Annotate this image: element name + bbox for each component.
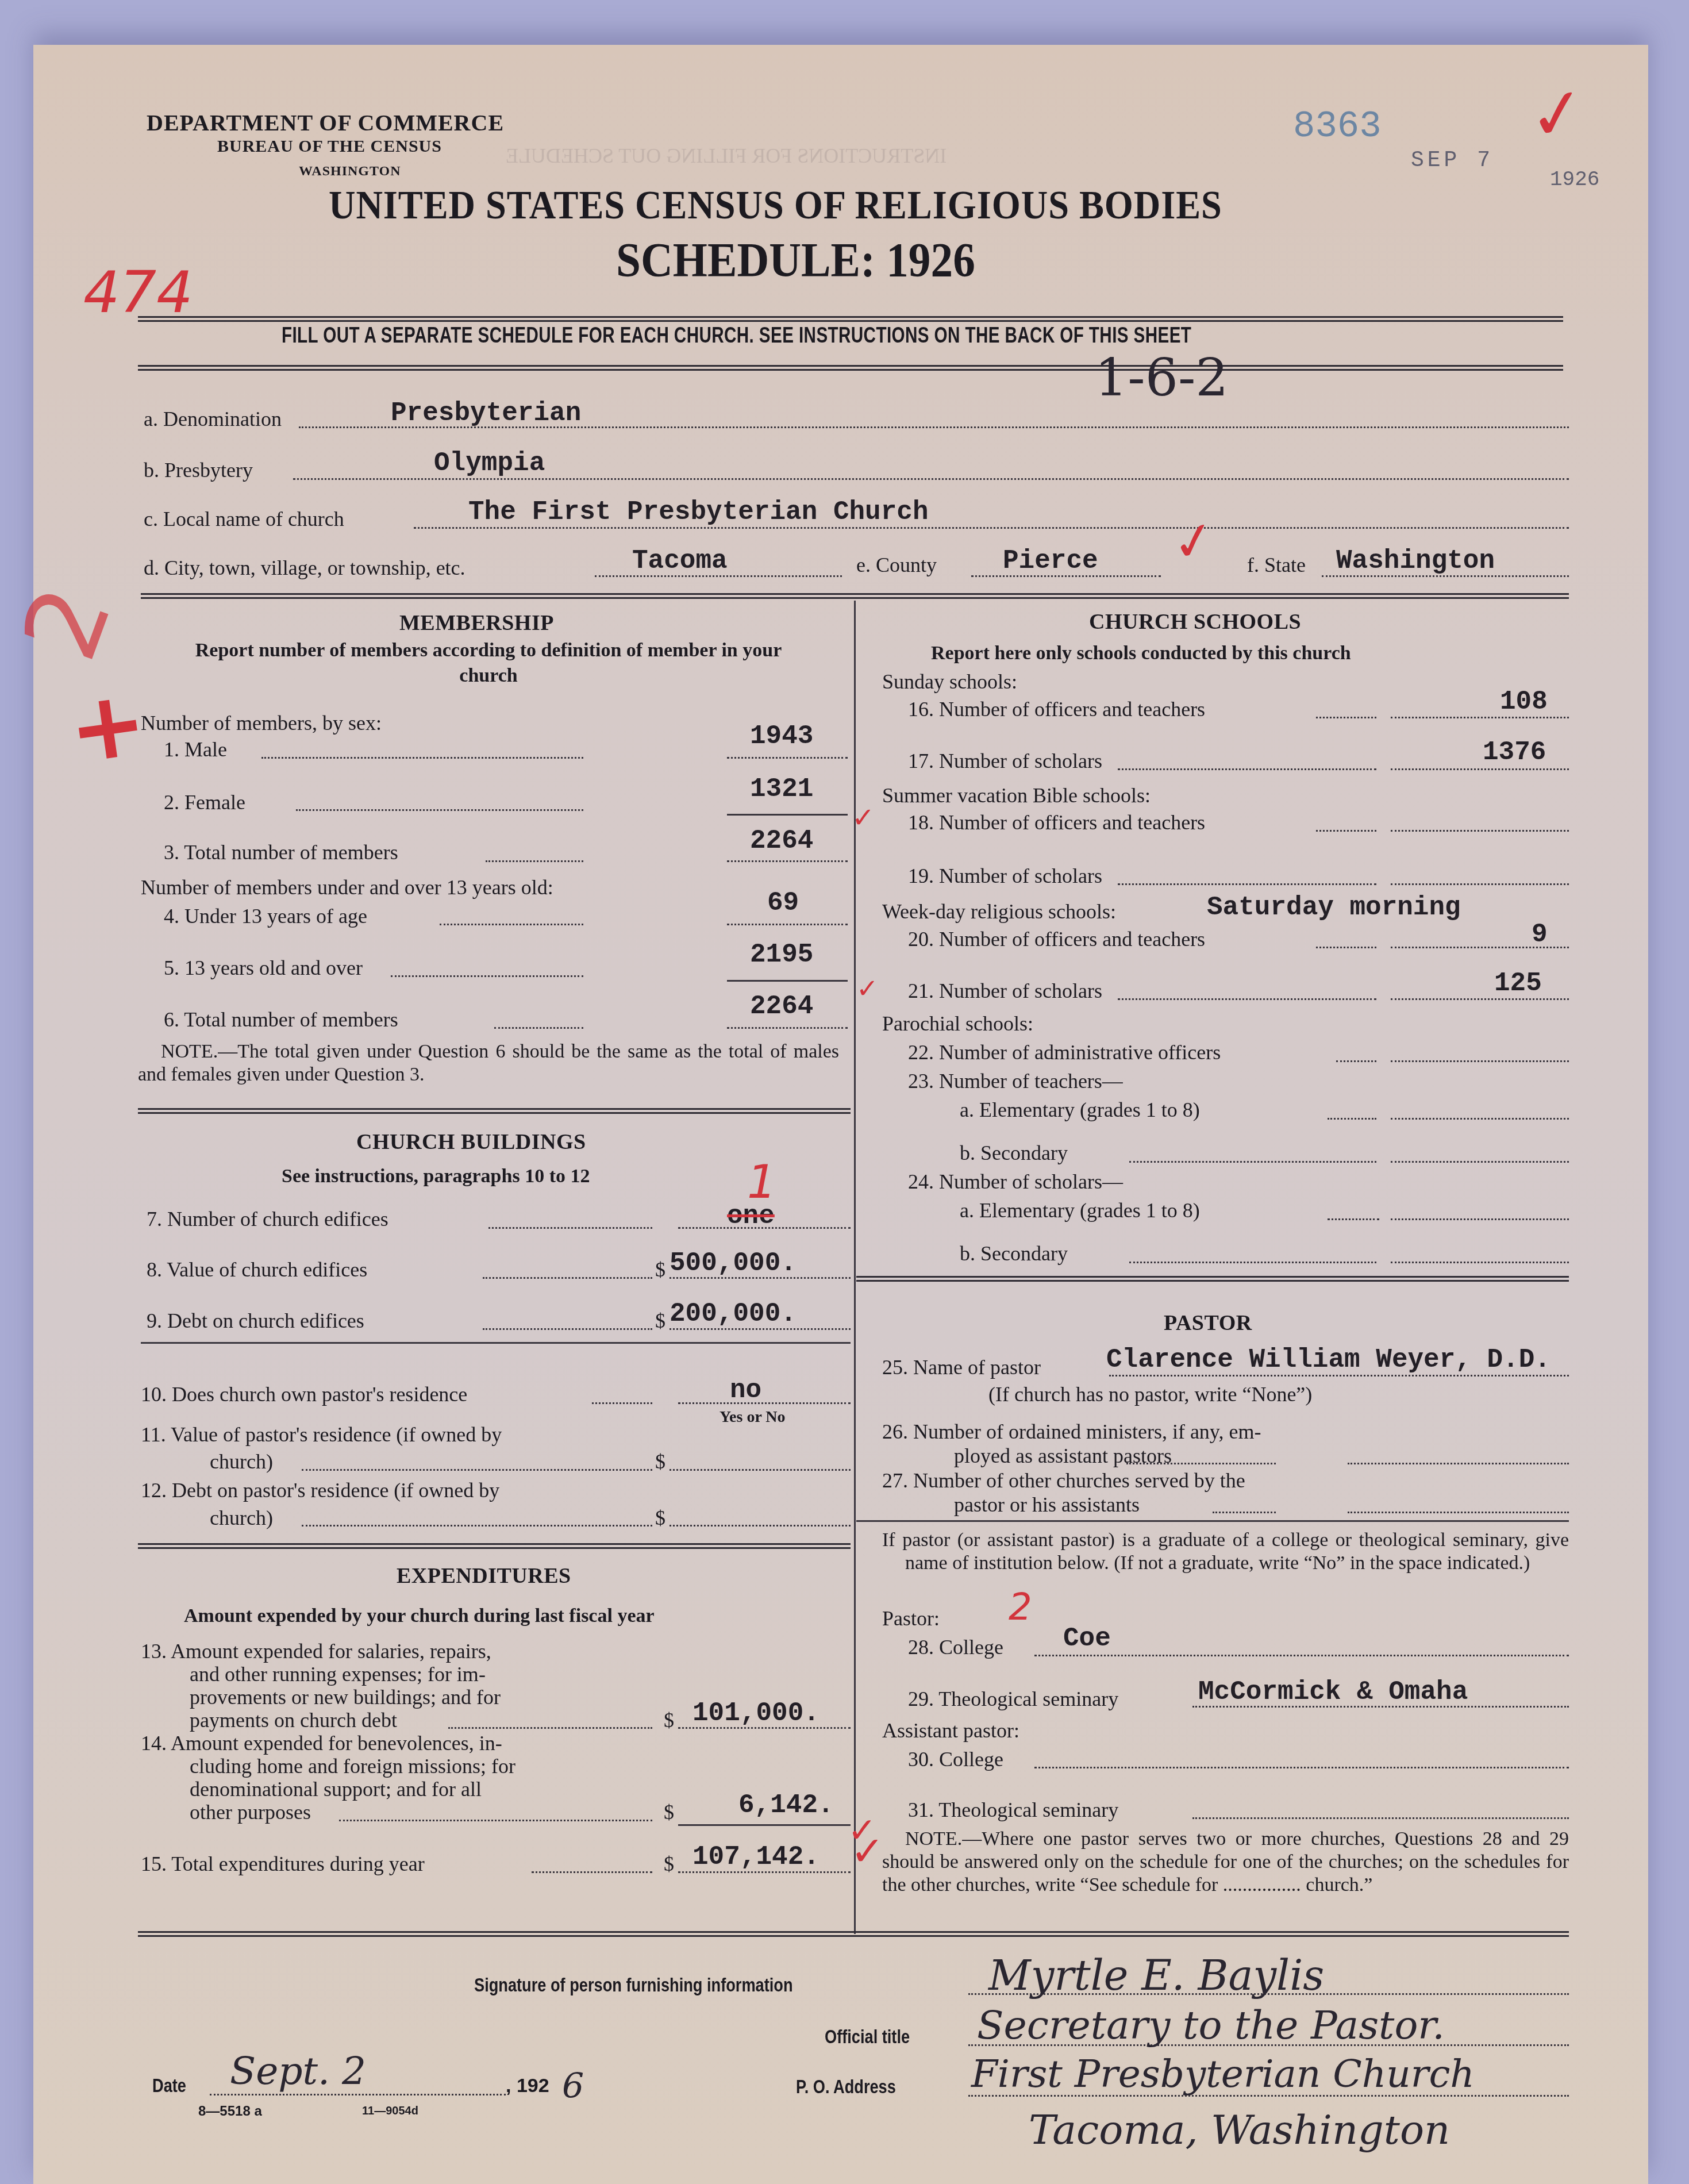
weekday-schools-label: Week-day religious schools: xyxy=(882,899,1116,924)
pastor-heading: PASTOR xyxy=(1164,1310,1252,1336)
q16-dots xyxy=(1316,717,1376,718)
q17-field[interactable]: 1376 xyxy=(1483,737,1546,767)
q27-dots xyxy=(1213,1512,1276,1513)
q15-total-field[interactable]: 107,142. xyxy=(692,1842,820,1872)
q15-dots xyxy=(532,1871,652,1873)
residence-debt-field[interactable] xyxy=(670,1525,851,1527)
edifices-debt-dots xyxy=(483,1328,652,1330)
sunday-schools-label: Sunday schools: xyxy=(882,670,1017,694)
members-by-age-label: Number of members under and over 13 year… xyxy=(141,875,553,899)
schools-bottom-rule xyxy=(856,1276,1569,1282)
local-name-label: c. Local name of church xyxy=(144,507,344,531)
q27-label-2: pastor or his assistants xyxy=(954,1493,1140,1517)
residence-value-field[interactable] xyxy=(670,1469,851,1471)
owns-residence-label: 10. Does church own pastor's residence xyxy=(141,1382,467,1406)
q16-field[interactable]: 108 xyxy=(1500,687,1548,717)
total-members-field[interactable]: 2264 xyxy=(750,826,813,856)
q19-dots xyxy=(1118,883,1376,885)
denomination-field[interactable]: Presbyterian xyxy=(391,398,581,428)
edifices-debt-label: 9. Debt on church edifices xyxy=(147,1309,364,1333)
edifices-value-dots xyxy=(483,1277,652,1279)
q22-label: 22. Number of administrative officers xyxy=(908,1040,1221,1064)
red-check-q18-icon: ✓ xyxy=(852,802,875,834)
presbytery-label: b. Presbytery xyxy=(144,458,253,482)
q14-label-line-3: denominational support; and for all xyxy=(190,1777,482,1801)
q25-line xyxy=(1109,1375,1569,1376)
assistant-college-field[interactable] xyxy=(1034,1767,1569,1768)
female-dots xyxy=(296,809,583,811)
denomination-label: a. Denomination xyxy=(144,407,282,431)
total-members-2-field[interactable]: 2264 xyxy=(750,991,813,1021)
bureau-city: Washington xyxy=(299,164,401,179)
print-code: 11—9054d xyxy=(362,2105,418,2118)
q24b-field[interactable] xyxy=(1391,1262,1569,1263)
column-divider xyxy=(854,601,856,1934)
buildings-bottom-rule xyxy=(138,1543,851,1549)
members-by-sex-label: Number of members, by sex: xyxy=(141,711,382,735)
date-year-prefix: , 192 xyxy=(506,2075,549,2097)
owns-residence-dots xyxy=(592,1402,652,1404)
under-13-dots xyxy=(440,924,583,925)
q21-line xyxy=(1391,998,1569,1000)
expenditures-subheading: Amount expended by your church during la… xyxy=(184,1604,655,1629)
banner-bottom-rule xyxy=(138,365,1563,371)
q16-line xyxy=(1391,717,1569,718)
received-year-stamp: 1926 xyxy=(1550,168,1599,191)
church-buildings-heading: CHURCH BUILDINGS xyxy=(356,1129,586,1155)
over-13-sum-rule xyxy=(727,980,848,982)
over-13-dots xyxy=(391,975,583,977)
buildings-divider xyxy=(141,1342,851,1344)
q24b-dots xyxy=(1129,1262,1376,1263)
q14-amount-field[interactable]: 6,142. xyxy=(738,1790,834,1820)
seminary-field[interactable]: McCormick & Omaha xyxy=(1198,1677,1468,1707)
q29-label: 29. Theological seminary xyxy=(908,1687,1118,1711)
female-count-field[interactable]: 1321 xyxy=(750,774,813,804)
q14-sum-rule xyxy=(678,1824,851,1826)
membership-bottom-rule xyxy=(138,1108,851,1114)
q14-currency: $ xyxy=(664,1800,674,1824)
female-label: 2. Female xyxy=(164,790,245,814)
total-members-2-label: 6. Total number of members xyxy=(164,1008,398,1032)
edifices-value-currency: $ xyxy=(655,1258,665,1282)
q13-label-line-4: payments on church debt xyxy=(190,1708,397,1732)
pastor-subsection-label: Pastor: xyxy=(882,1606,940,1631)
q30-label: 30. College xyxy=(908,1747,1003,1771)
owns-residence-line xyxy=(678,1402,851,1404)
residence-value-label: 11. Value of pastor's residence (if owne… xyxy=(141,1422,502,1447)
po-address-label: P. O. Address xyxy=(796,2076,896,2098)
church-schools-subheading: Report here only schools conducted by th… xyxy=(931,641,1351,666)
edifices-debt-currency: $ xyxy=(655,1309,665,1333)
bureau-name: BUREAU OF THE CENSUS xyxy=(217,137,442,156)
county-field[interactable]: Pierce xyxy=(1003,546,1098,576)
q13-label-line-1: 13. Amount expended for salaries, repair… xyxy=(141,1639,491,1663)
q17-label: 17. Number of scholars xyxy=(908,749,1102,773)
po-address-line-2-field[interactable]: Tacoma, Washington xyxy=(1029,2106,1450,2154)
edifices-debt-field[interactable]: 200,000. xyxy=(670,1299,797,1329)
residence-value-label-2: church) xyxy=(210,1449,273,1474)
local-name-line xyxy=(414,527,1569,529)
male-dots xyxy=(261,757,583,759)
expenditures-heading: EXPENDITURES xyxy=(397,1563,571,1589)
q21-dots xyxy=(1118,998,1376,1000)
q22-field[interactable] xyxy=(1391,1060,1569,1062)
state-field[interactable]: Washington xyxy=(1336,546,1495,576)
q19-field[interactable] xyxy=(1391,883,1569,885)
edifices-value-field[interactable]: 500,000. xyxy=(670,1248,797,1278)
female-sum-rule xyxy=(727,814,848,816)
edifices-count-correction: 1 xyxy=(747,1155,776,1209)
q17-dots xyxy=(1118,768,1376,770)
footer-top-rule xyxy=(138,1931,1569,1937)
city-label: d. City, town, village, or township, etc… xyxy=(144,556,465,580)
residence-value-dots xyxy=(302,1469,652,1471)
handwritten-code: 1-6-2 xyxy=(1095,348,1229,408)
over-13-field[interactable]: 2195 xyxy=(750,940,813,970)
q21-label: 21. Number of scholars xyxy=(908,979,1102,1003)
assistant-seminary-field[interactable] xyxy=(1192,1817,1569,1819)
presbytery-field[interactable]: Olympia xyxy=(434,448,545,478)
date-field[interactable]: Sept. 2 xyxy=(230,2049,366,2093)
q31-label: 31. Theological seminary xyxy=(908,1798,1118,1822)
q16-label: 16. Number of officers and teachers xyxy=(908,697,1205,721)
church-buildings-subheading: See instructions, paragraphs 10 to 12 xyxy=(282,1164,590,1189)
q25-hint: (If church has no pastor, write “None”) xyxy=(988,1382,1312,1406)
q15-label: 15. Total expenditures during year xyxy=(141,1852,425,1876)
q20-field[interactable]: 9 xyxy=(1532,920,1548,949)
male-label: 1. Male xyxy=(164,737,227,762)
q18-dots xyxy=(1316,830,1376,832)
church-schools-heading: CHURCH SCHOOLS xyxy=(1089,609,1301,635)
edifices-count-dots xyxy=(488,1227,652,1229)
q15-currency: $ xyxy=(664,1852,674,1876)
q23b-label: b. Secondary xyxy=(960,1141,1068,1165)
q20-label: 20. Number of officers and teachers xyxy=(908,927,1205,951)
assistant-pastor-label: Assistant pastor: xyxy=(882,1718,1019,1743)
college-field[interactable]: Coe xyxy=(1063,1624,1111,1654)
q14-label-line-2: cluding home and foreign missions; for xyxy=(190,1754,515,1778)
edifices-value-label: 8. Value of church edifices xyxy=(147,1258,367,1282)
pastor-name-field[interactable]: Clarence William Weyer, D.D. xyxy=(1106,1345,1551,1375)
red-check-q21-icon: ✓ xyxy=(856,973,879,1004)
residence-debt-currency: $ xyxy=(655,1506,665,1530)
q27-field[interactable] xyxy=(1348,1512,1569,1513)
official-title-label: Official title xyxy=(825,2026,910,2048)
form-code: 8—5518 a xyxy=(198,2104,262,2120)
under-13-label: 4. Under 13 years of age xyxy=(164,904,367,928)
bleedthrough-heading: INSTRUCTIONS FOR FILLING OUT SCHEDULE xyxy=(506,144,947,168)
q23a-dots xyxy=(1328,1118,1376,1120)
q26-label: 26. Number of ordained ministers, if any… xyxy=(882,1420,1261,1444)
po-address-line-1-field[interactable]: First Presbyterian Church xyxy=(971,2052,1475,2096)
county-label: e. County xyxy=(856,553,937,577)
q13-amount-field[interactable]: 101,000. xyxy=(692,1698,820,1728)
edifices-count-label: 7. Number of church edifices xyxy=(147,1207,388,1231)
file-number-stamp: 8363 xyxy=(1293,106,1382,148)
q23a-label: a. Elementary (grades 1 to 8) xyxy=(960,1098,1200,1122)
q26-dots xyxy=(1126,1463,1276,1464)
residence-debt-label: 12. Debt on pastor's residence (if owned… xyxy=(141,1478,499,1502)
male-answer-line xyxy=(727,757,848,759)
total-members-line xyxy=(727,860,848,862)
q25-label: 25. Name of pastor xyxy=(882,1355,1041,1379)
pastor-note: NOTE.—Where one pastor serves two or mor… xyxy=(882,1828,1569,1897)
instructions-banner: FILL OUT A SEPARATE SCHEDULE FOR EACH CH… xyxy=(282,324,1191,348)
weekday-schedule-note[interactable]: Saturday morning xyxy=(1207,893,1461,922)
q21-field[interactable]: 125 xyxy=(1494,968,1542,998)
membership-note: NOTE.—The total given under Question 6 s… xyxy=(138,1040,839,1086)
q28-label: 28. College xyxy=(908,1635,1003,1659)
local-name-field[interactable]: The First Presbyterian Church xyxy=(468,497,929,527)
membership-heading: MEMBERSHIP xyxy=(399,610,554,636)
q14-label-line-1: 14. Amount expended for benevolences, in… xyxy=(141,1731,502,1755)
residence-debt-label-2: church) xyxy=(210,1506,273,1530)
residence-value-currency: $ xyxy=(655,1449,665,1474)
official-title-field[interactable]: Secretary to the Pastor. xyxy=(977,2003,1445,2048)
q24a-dots xyxy=(1328,1218,1379,1220)
signature-label: Signature of person furnishing informati… xyxy=(474,1974,793,1997)
q23-label: 23. Number of teachers— xyxy=(908,1069,1123,1093)
schedule-title: SCHEDULE: 1926 xyxy=(616,233,975,289)
pastor-divider xyxy=(856,1520,1569,1522)
summer-schools-label: Summer vacation Bible schools: xyxy=(882,783,1151,808)
q14-dots xyxy=(339,1820,652,1821)
q23b-dots xyxy=(1129,1161,1376,1163)
q13-label-line-3: provements or new buildings; and for xyxy=(190,1685,501,1709)
received-date-stamp: SEP 7 xyxy=(1411,148,1494,173)
identification-bottom-rule xyxy=(141,593,1569,599)
q13-dots xyxy=(448,1727,652,1729)
under-13-line xyxy=(727,924,848,925)
presbytery-line xyxy=(293,478,1569,480)
signature-field[interactable]: Myrtle E. Baylis xyxy=(988,1951,1324,2000)
male-count-field[interactable]: 1943 xyxy=(750,721,813,751)
q20-dots xyxy=(1316,947,1376,948)
total-members-dots xyxy=(486,860,583,862)
membership-subheading: Report number of members according to de… xyxy=(184,638,793,689)
red-check-mark-icon: ✓ xyxy=(1523,71,1592,159)
q19-label: 19. Number of scholars xyxy=(908,864,1102,888)
q22-dots xyxy=(1336,1060,1376,1062)
q24b-label: b. Secondary xyxy=(960,1241,1068,1266)
q14-label-line-4: other purposes xyxy=(190,1800,311,1824)
city-field[interactable]: Tacoma xyxy=(632,546,728,576)
q23b-field[interactable] xyxy=(1391,1161,1569,1163)
q24-label: 24. Number of scholars— xyxy=(908,1170,1123,1194)
q17-line xyxy=(1391,768,1569,770)
q26-field[interactable] xyxy=(1348,1463,1569,1464)
red-cross-mark-icon: + xyxy=(62,668,153,785)
q18-label: 18. Number of officers and teachers xyxy=(908,810,1205,835)
yes-or-no-hint: Yes or No xyxy=(720,1408,786,1426)
q27-label: 27. Number of other churches served by t… xyxy=(882,1468,1245,1493)
date-line xyxy=(210,2094,506,2095)
q13-currency: $ xyxy=(664,1708,674,1732)
q24a-label: a. Elementary (grades 1 to 8) xyxy=(960,1198,1200,1222)
banner-top-rule xyxy=(138,316,1563,322)
form-title: UNITED STATES CENSUS OF RELIGIOUS BODIES xyxy=(329,183,1222,229)
parochial-schools-label: Parochial schools: xyxy=(882,1012,1033,1036)
total-members-label: 3. Total number of members xyxy=(164,840,398,864)
total-members-2-dots xyxy=(494,1027,583,1029)
q23a-field[interactable] xyxy=(1391,1118,1569,1120)
date-label: Date xyxy=(152,2075,186,2097)
owns-residence-field[interactable]: no xyxy=(730,1375,761,1405)
q24a-field[interactable] xyxy=(1391,1218,1569,1220)
state-label: f. State xyxy=(1247,553,1306,577)
under-13-field[interactable]: 69 xyxy=(767,888,799,918)
total-members-2-line xyxy=(727,1027,848,1029)
q28-line xyxy=(1034,1655,1569,1656)
date-year-field[interactable]: 6 xyxy=(562,2066,584,2106)
over-13-label: 5. 13 years old and over xyxy=(164,956,363,980)
red-check-note-icon: ✓ xyxy=(851,1828,884,1875)
q18-field[interactable] xyxy=(1391,830,1569,832)
q13-label-line-2: and other running expenses; for im- xyxy=(190,1662,486,1686)
residence-debt-dots xyxy=(302,1525,652,1527)
red-pastor-mark: 2 xyxy=(1009,1586,1032,1629)
department-name: DEPARTMENT OF COMMERCE xyxy=(147,109,504,136)
education-instructions: If pastor (or assistant pastor) is a gra… xyxy=(882,1529,1569,1575)
